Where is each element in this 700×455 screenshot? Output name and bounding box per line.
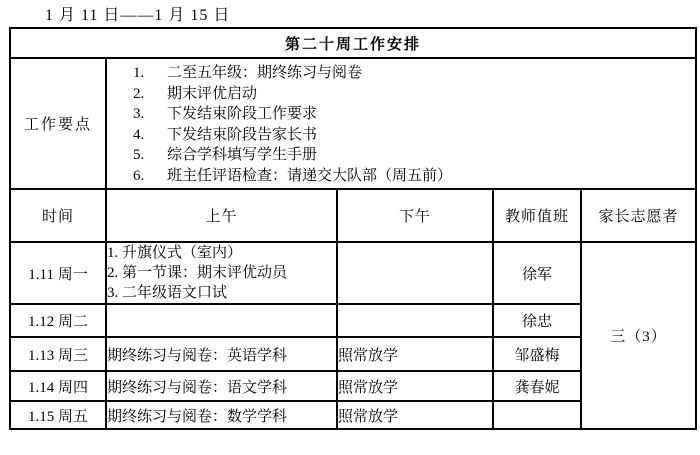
document-page: 1 月 11 日——1 月 15 日 第二十周工作安排 工作要点 1. 二至五年… <box>0 0 700 455</box>
morning-cell <box>106 304 337 337</box>
time-cell: 1.13 周三 <box>10 337 106 371</box>
work-points-list: 1. 二至五年级：期终练习与阅卷 2. 期末评优启动 3. 下发结束阶段工作要求… <box>107 59 695 188</box>
header-teacher-on-duty: 教师值班 <box>493 189 581 242</box>
time-cell: 1.14 周四 <box>10 371 106 401</box>
table-title: 第二十周工作安排 <box>10 28 696 58</box>
table-row-monday: 1.11 周一 1. 升旗仪式（室内） 2. 第一节课：期末评优动员 3. 二年… <box>10 242 696 304</box>
work-point-number: 2. <box>133 84 167 105</box>
afternoon-cell: 照常放学 <box>337 401 493 429</box>
work-point-number: 1. <box>133 63 167 84</box>
work-points-row: 工作要点 1. 二至五年级：期终练习与阅卷 2. 期末评优启动 3. 下发结束阶… <box>10 58 696 189</box>
weekly-schedule-table: 第二十周工作安排 工作要点 1. 二至五年级：期终练习与阅卷 2. 期末评优启动… <box>9 27 697 430</box>
work-points-label: 工作要点 <box>10 58 106 189</box>
work-point-text: 班主任评语检查：请递交大队部（周五前） <box>167 166 452 187</box>
table-title-row: 第二十周工作安排 <box>10 28 696 58</box>
work-point-text: 下发结束阶段工作要求 <box>167 104 317 125</box>
work-point-text: 期末评优启动 <box>167 84 257 105</box>
work-point-item: 3. 下发结束阶段工作要求 <box>133 104 693 125</box>
work-point-item: 4. 下发结束阶段告家长书 <box>133 125 693 146</box>
work-point-item: 2. 期末评优启动 <box>133 84 693 105</box>
afternoon-cell: 照常放学 <box>337 337 493 371</box>
work-point-number: 4. <box>133 125 167 146</box>
header-morning: 上午 <box>106 189 337 242</box>
time-cell: 1.11 周一 <box>10 242 106 304</box>
morning-cell: 1. 升旗仪式（室内） 2. 第一节课：期末评优动员 3. 二年级语文口试 <box>106 242 337 304</box>
time-cell: 1.15 周五 <box>10 401 106 429</box>
afternoon-cell <box>337 242 493 304</box>
teacher-cell: 龚春妮 <box>493 371 581 401</box>
morning-line: 2. 第一节课：期末评优动员 <box>107 263 336 283</box>
work-point-text: 二至五年级：期终练习与阅卷 <box>167 63 362 84</box>
header-afternoon: 下午 <box>337 189 493 242</box>
work-point-item: 1. 二至五年级：期终练习与阅卷 <box>133 63 693 84</box>
teacher-cell: 邹盛梅 <box>493 337 581 371</box>
work-points-content: 1. 二至五年级：期终练习与阅卷 2. 期末评优启动 3. 下发结束阶段工作要求… <box>106 58 696 189</box>
time-cell: 1.12 周二 <box>10 304 106 337</box>
work-point-number: 6. <box>133 166 167 187</box>
teacher-cell: 徐忠 <box>493 304 581 337</box>
teacher-cell <box>493 401 581 429</box>
work-point-item: 5. 综合学科填写学生手册 <box>133 145 693 166</box>
work-point-number: 5. <box>133 145 167 166</box>
morning-cell: 期终练习与阅卷：语文学科 <box>106 371 337 401</box>
afternoon-cell <box>337 304 493 337</box>
work-point-text: 综合学科填写学生手册 <box>167 145 317 166</box>
afternoon-cell: 照常放学 <box>337 371 493 401</box>
work-point-number: 3. <box>133 104 167 125</box>
morning-line: 3. 二年级语文口试 <box>107 283 336 303</box>
work-point-item: 6. 班主任评语检查：请递交大队部（周五前） <box>133 166 693 187</box>
header-parent-volunteer: 家长志愿者 <box>581 189 696 242</box>
morning-cell: 期终练习与阅卷：数学学科 <box>106 401 337 429</box>
header-time: 时间 <box>10 189 106 242</box>
work-point-text: 下发结束阶段告家长书 <box>167 125 317 146</box>
morning-line: 1. 升旗仪式（室内） <box>107 243 336 263</box>
column-header-row: 时间 上午 下午 教师值班 家长志愿者 <box>10 189 696 242</box>
parent-volunteer-cell: 三（3） <box>581 242 696 429</box>
teacher-cell: 徐军 <box>493 242 581 304</box>
date-range-label: 1 月 11 日——1 月 15 日 <box>45 2 230 25</box>
morning-cell: 期终练习与阅卷：英语学科 <box>106 337 337 371</box>
